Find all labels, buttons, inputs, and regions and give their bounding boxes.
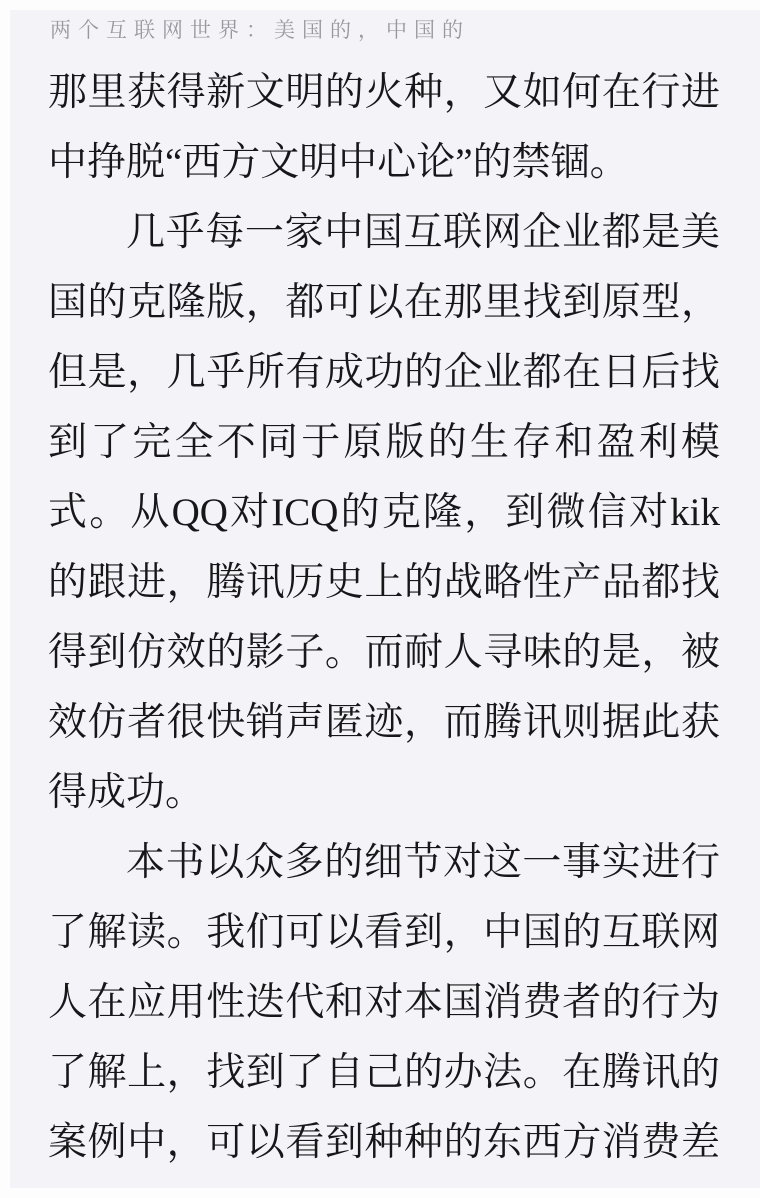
reader-page[interactable]: 两个互联网世界：美国的，中国的 那里获得新文明的火种，又如何在行进中挣脱“西方文… bbox=[10, 10, 760, 1188]
text-body: 那里获得新文明的火种，又如何在行进中挣脱“西方文明中心论”的禁锢。几乎每一家中国… bbox=[48, 58, 720, 1178]
text-line: 案例中，可以看到种种的东西方消费差 bbox=[48, 1108, 720, 1178]
text-line: 但是，几乎所有成功的企业都在日后找 bbox=[48, 338, 720, 408]
text-line: 到了完全不同于原版的生存和盈利模 bbox=[48, 408, 720, 478]
text-line: 了解上，找到了自己的办法。在腾讯的 bbox=[48, 1038, 720, 1108]
text-line: 得到仿效的影子。而耐人寻味的是，被 bbox=[48, 618, 720, 688]
text-line: 中挣脱“西方文明中心论”的禁锢。 bbox=[48, 128, 720, 198]
text-line: 式。从QQ对ICQ的克隆，到微信对kik bbox=[48, 478, 720, 548]
text-line: 几乎每一家中国互联网企业都是美 bbox=[48, 198, 720, 268]
text-line: 了解读。我们可以看到，中国的互联网 bbox=[48, 898, 720, 968]
text-line: 效仿者很快销声匿迹，而腾讯则据此获 bbox=[48, 688, 720, 758]
text-line: 本书以众多的细节对这一事实进行 bbox=[48, 828, 720, 898]
text-line: 的跟进，腾讯历史上的战略性产品都找 bbox=[48, 548, 720, 618]
text-line: 得成功。 bbox=[48, 758, 720, 828]
text-line: 人在应用性迭代和对本国消费者的行为 bbox=[48, 968, 720, 1038]
reader-viewport: 两个互联网世界：美国的，中国的 那里获得新文明的火种，又如何在行进中挣脱“西方文… bbox=[0, 0, 760, 1198]
chapter-header: 两个互联网世界：美国的，中国的 bbox=[50, 18, 760, 42]
text-line: 国的克隆版，都可以在那里找到原型， bbox=[48, 268, 720, 338]
text-line: 那里获得新文明的火种，又如何在行进 bbox=[48, 58, 720, 128]
